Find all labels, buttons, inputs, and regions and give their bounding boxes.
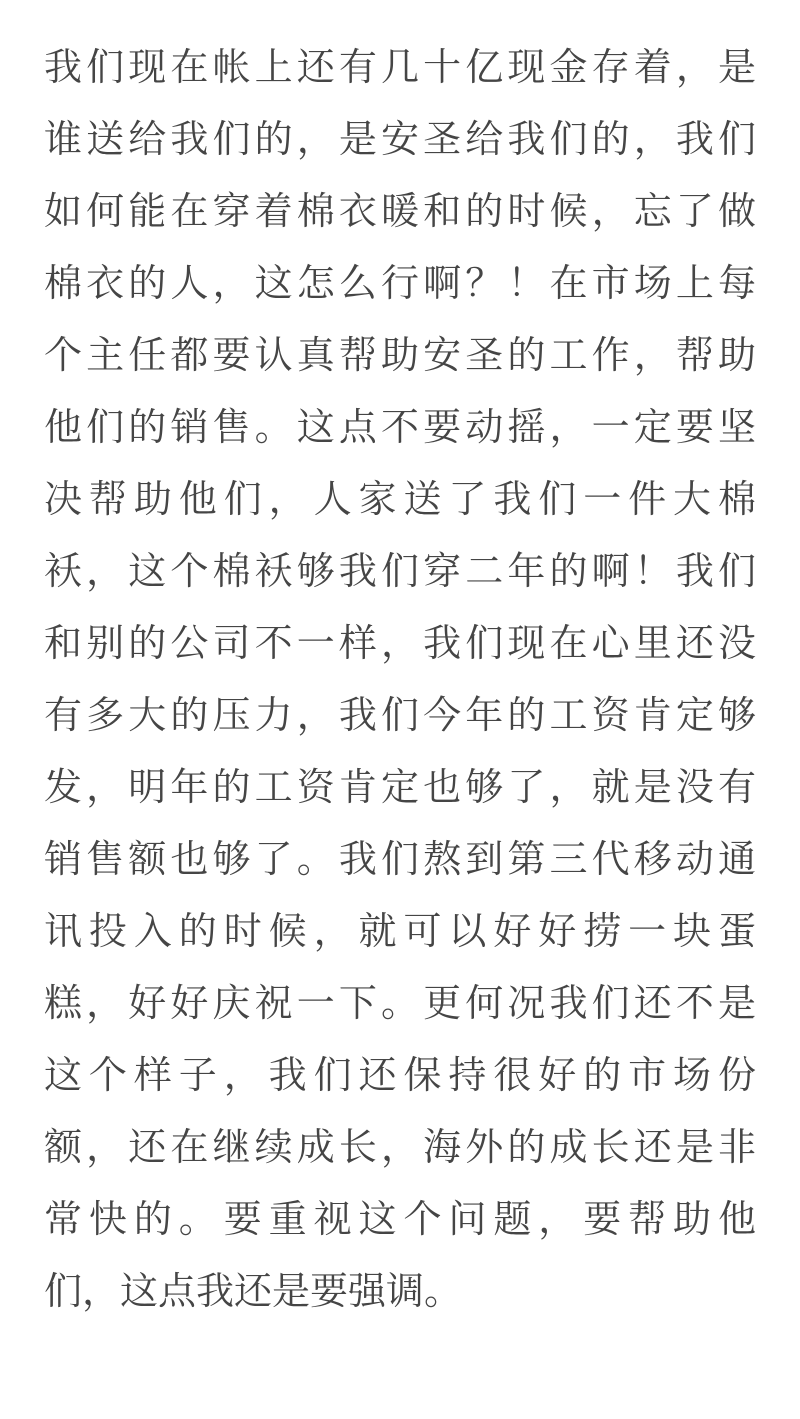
text-line: 销售额也够了。我们熬到第三代移动通 bbox=[44, 823, 756, 895]
text-line: 和别的公司不一样，我们现在心里还没 bbox=[44, 607, 756, 679]
article-page: 我们现在帐上还有几十亿现金存着，是 谁送给我们的，是安圣给我们的，我们 如何能在… bbox=[0, 0, 800, 1419]
article-text: 我们现在帐上还有几十亿现金存着，是 谁送给我们的，是安圣给我们的，我们 如何能在… bbox=[0, 0, 800, 1327]
text-line: 袄，这个棉袄够我们穿二年的啊！我们 bbox=[44, 535, 756, 607]
text-line: 如何能在穿着棉衣暖和的时候，忘了做 bbox=[44, 175, 756, 247]
text-line: 发，明年的工资肯定也够了，就是没有 bbox=[44, 751, 756, 823]
text-line: 这个样子，我们还保持很好的市场份 bbox=[44, 1039, 756, 1111]
text-line: 糕，好好庆祝一下。更何况我们还不是 bbox=[44, 967, 756, 1039]
text-line: 个主任都要认真帮助安圣的工作，帮助 bbox=[44, 319, 756, 391]
text-line: 讯投入的时候，就可以好好捞一块蛋 bbox=[44, 895, 756, 967]
text-line: 常快的。要重视这个问题，要帮助他 bbox=[44, 1183, 756, 1255]
text-line: 他们的销售。这点不要动摇，一定要坚 bbox=[44, 391, 756, 463]
text-line: 有多大的压力，我们今年的工资肯定够 bbox=[44, 679, 756, 751]
text-line: 我们现在帐上还有几十亿现金存着，是 bbox=[44, 31, 756, 103]
text-line: 们，这点我还是要强调。 bbox=[44, 1255, 756, 1327]
text-line: 决帮助他们，人家送了我们一件大棉 bbox=[44, 463, 756, 535]
text-line: 棉衣的人，这怎么行啊？！在市场上每 bbox=[44, 247, 756, 319]
text-line: 额，还在继续成长，海外的成长还是非 bbox=[44, 1111, 756, 1183]
text-line: 谁送给我们的，是安圣给我们的，我们 bbox=[44, 103, 756, 175]
